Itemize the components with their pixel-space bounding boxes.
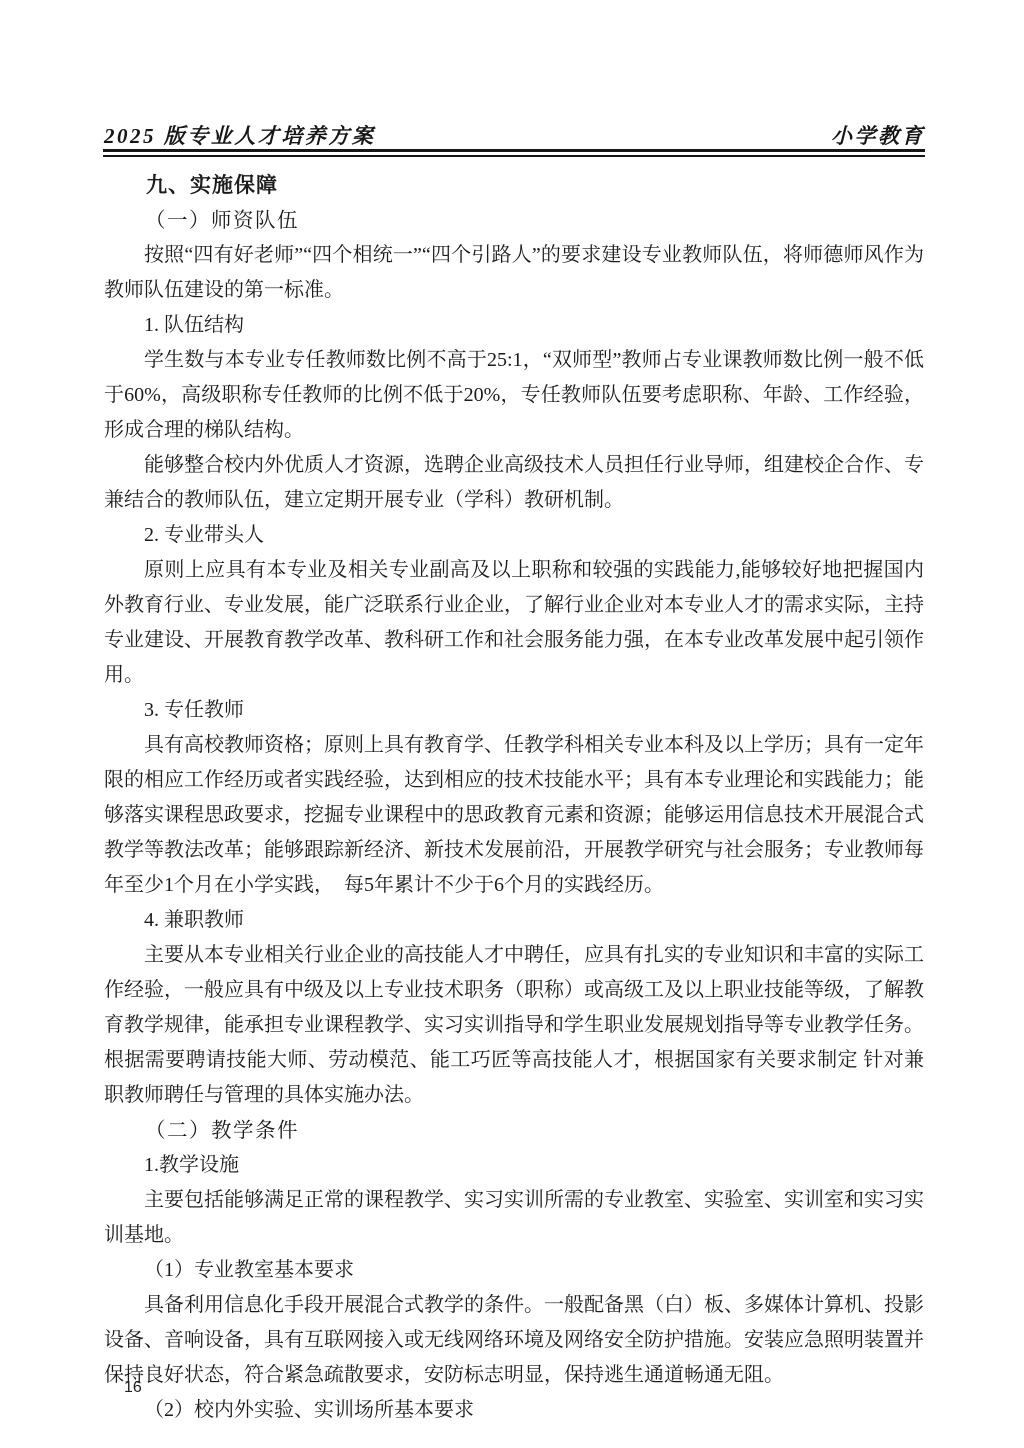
item-heading-classroom-requirements: （1）专业教室基本要求 (104, 1253, 924, 1288)
document-page: 2025 版专业人才培养方案 小学教育 九、实施保障 （一）师资队伍 按照“四有… (0, 0, 1024, 1448)
page-header: 2025 版专业人才培养方案 小学教育 (104, 120, 925, 150)
item-heading-teaching-facilities: 1.教学设施 (104, 1148, 924, 1183)
paragraph-parttime-teacher-requirements: 主要从本专业相关行业企业的高技能人才中聘任，应具有扎实的专业知识和丰富的实际工作… (104, 938, 924, 1113)
paragraph-classroom-requirements: 具备利用信息化手段开展混合式教学的条件。一般配备黑（白）板、多媒体计算机、投影设… (104, 1288, 924, 1393)
paragraph-team-ratio: 学生数与本专业专任教师数比例不高于25:1，“双师型”教师占专业课教师数比例一般… (104, 343, 924, 448)
subsection-heading-teaching-staff: （一）师资队伍 (104, 203, 924, 238)
document-body: 九、实施保障 （一）师资队伍 按照“四有好老师”“四个相统一”“四个引路人”的要… (104, 168, 924, 1428)
item-heading-parttime-teachers: 4. 兼职教师 (104, 903, 924, 938)
item-heading-program-leader: 2. 专业带头人 (104, 518, 924, 553)
paragraph-staff-overview: 按照“四有好老师”“四个相统一”“四个引路人”的要求建设专业教师队伍，将师德师风… (104, 238, 924, 308)
page-number: 16 (124, 1379, 142, 1396)
page-footer: 16 (124, 1379, 142, 1397)
section-heading-implementation-support: 九、实施保障 (104, 168, 924, 203)
paragraph-program-leader-requirements: 原则上应具有本专业及相关专业副高及以上职称和较强的实践能力,能够较好地把握国内外… (104, 553, 924, 693)
subsection-heading-teaching-conditions: （二）教学条件 (104, 1113, 924, 1148)
paragraph-facilities-overview: 主要包括能够满足正常的课程教学、实习实训所需的专业教室、实验室、实训室和实习实训… (104, 1183, 924, 1253)
item-heading-training-site-requirements: （2）校内外实验、实训场所基本要求 (104, 1393, 924, 1428)
header-document-title: 2025 版专业人才培养方案 (104, 120, 375, 150)
item-heading-team-structure: 1. 队伍结构 (104, 308, 924, 343)
header-major-name: 小学教育 (831, 120, 925, 150)
paragraph-resource-integration: 能够整合校内外优质人才资源，选聘企业高级技术人员担任行业导师，组建校企合作、专兼… (104, 448, 924, 518)
item-heading-fulltime-teachers: 3. 专任教师 (104, 693, 924, 728)
paragraph-fulltime-teacher-requirements: 具有高校教师资格；原则上具有教育学、任教学科相关专业本科及以上学历；具有一定年限… (104, 728, 924, 903)
header-double-rule (103, 149, 925, 157)
